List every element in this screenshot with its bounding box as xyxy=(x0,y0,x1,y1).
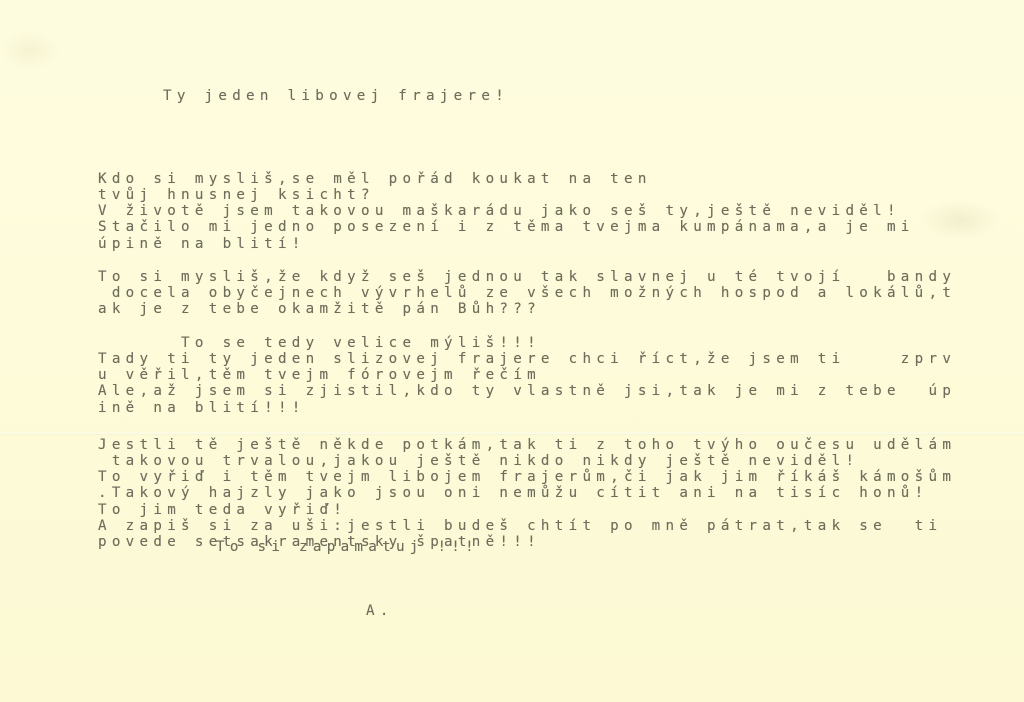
text-line: Jestli tě ještě někde potkám,tak ti z to… xyxy=(98,437,956,453)
closing-line: To si zapamatuj !!! xyxy=(216,539,479,555)
text-line: To se tedy velice mýliš!!! xyxy=(98,335,956,351)
text-line: Ale,až jsem si zjistil,kdo ty vlastně js… xyxy=(98,383,956,399)
text-line: docela obyčejnech vývrhelů ze všech možn… xyxy=(98,285,956,301)
text-line: To jim teda vyřiď! xyxy=(98,502,956,518)
text-line: Kdo si mysliš,se měl pořád koukat na ten xyxy=(98,171,915,187)
text-line: To vyřiď i těm tvejm libojem frajerům,či… xyxy=(98,469,956,485)
text-line: Tady ti ty jeden slizovej frajere chci ř… xyxy=(98,351,956,367)
text-line: .Takový hajzly jako jsou oni nemůžu cíti… xyxy=(98,485,956,501)
text-line: V životě jsem takovou maškarádu jako seš… xyxy=(98,203,915,219)
text-line: A zapiš si za uši:jestli budeš chtít po … xyxy=(98,518,956,534)
text-line: To si mysliš,že když seš jednou tak slav… xyxy=(98,269,956,285)
text-line: takovou trvalou,jakou ještě nikdo nikdy … xyxy=(98,453,956,469)
letter-heading: Ty jeden libovej frajere! xyxy=(163,88,509,104)
text-line: tvůj hnusnej ksicht? xyxy=(98,187,915,203)
text-line: u věřil,těm tvejm fórovejm řečím xyxy=(98,367,956,383)
signature: A. xyxy=(366,603,394,619)
text-line: Stačilo mi jedno posezení i z těma tvejm… xyxy=(98,219,915,235)
